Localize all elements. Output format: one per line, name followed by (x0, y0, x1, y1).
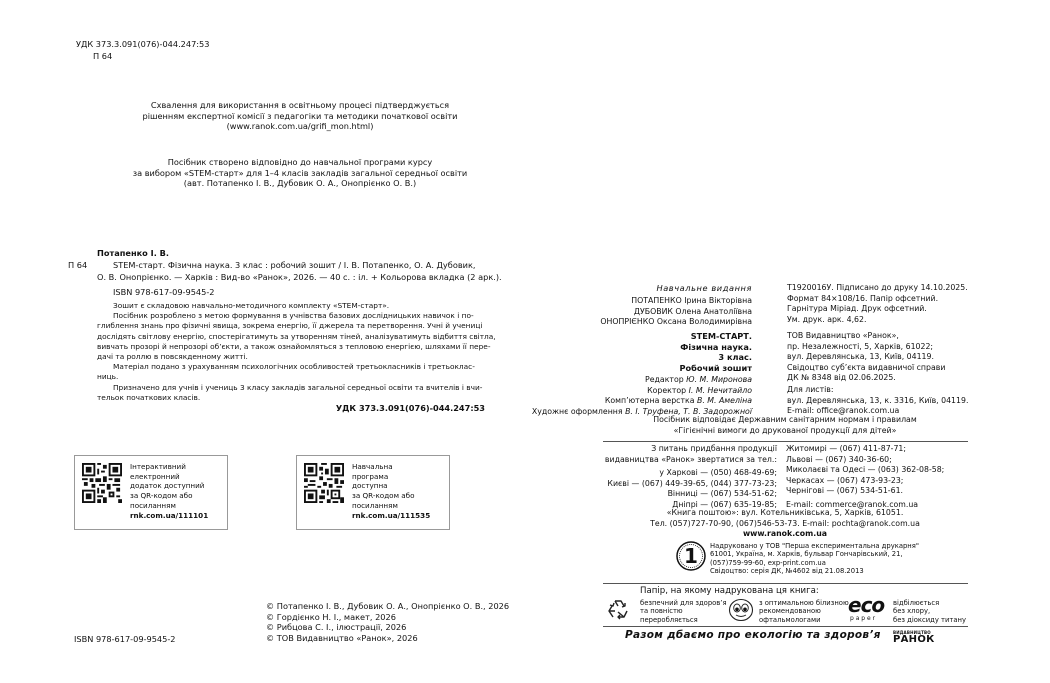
printer-info: Надруковано у ТОВ "Перша експериментальн… (710, 542, 919, 576)
program-note: Посібник створено відповідно до навчальн… (100, 157, 500, 189)
contacts-left: З питань придбання продукції видавництва… (590, 444, 777, 510)
ranok-logo: ВИДАВНИЦТВО РАНОК (893, 630, 935, 645)
copyright-line: © Рибцова С. І., ілюстрації, 2026 (266, 622, 509, 633)
qr-code-icon[interactable] (304, 463, 344, 503)
mail-order: «Книга поштою»: вул. Котельниківська, 5,… (597, 508, 973, 540)
divider (603, 583, 968, 584)
copyright-line: © Гордієнко Н. І., макет, 2026 (266, 612, 509, 623)
copyright-list: © Потапенко І. В., Дубовик О. А., Онопрі… (266, 601, 509, 643)
sanitary-note: Посібник відповідає Державним санітарним… (597, 415, 973, 436)
udk-code-top: УДК 373.3.091(076)-044.247:53 (76, 39, 209, 50)
contacts-right: Житомирі — (067) 411-87-71; Львові — (06… (786, 444, 944, 510)
catalog-title: STEM-старт. Фізична наука. 3 клас : робо… (113, 260, 476, 271)
approval-note: Схвалення для використання в освітньому … (100, 100, 500, 132)
paper-feature-whiteness: з оптимальною білизною, рекомендованою о… (759, 599, 851, 624)
copyright-line: © ТОВ Видавництво «Ранок», 2026 (266, 633, 509, 644)
paper-feature-bleaching: відбілюється без хлору, без діоксиду тит… (893, 599, 966, 624)
qr-caption-curriculum: Навчальна програма доступна за QR-кодом … (352, 462, 430, 520)
recycle-icon (605, 598, 631, 622)
website-link[interactable]: www.ranok.com.ua (597, 529, 973, 540)
catalog-code-top: П 64 (93, 51, 112, 62)
eco-slogan: Разом дбаємо про екологію та здоров’я (625, 629, 881, 642)
qr-code-icon[interactable] (82, 463, 122, 503)
qr-box-interactive-app: Інтерактивний електронний додаток доступ… (74, 455, 228, 530)
qr-caption-interactive: Інтерактивний електронний додаток доступ… (130, 462, 208, 520)
isbn-bottom: ISBN 978-617-09-9545-2 (74, 634, 176, 645)
paper-feature-safe: безпечний для здоров’я та повністю перер… (640, 599, 727, 624)
copyright-line: © Потапенко І. В., Дубовик О. А., Онопрі… (266, 601, 509, 612)
book-title: STEM-СТАРТ. Фізична наука. 3 клас. Робоч… (600, 331, 752, 373)
edition-type: Навчальне видання (600, 283, 752, 294)
qr-link-interactive[interactable]: rnk.com.ua/111101 (130, 511, 208, 521)
catalog-title-cont: О. В. Онопрієнко. — Харків : Вид-во «Ран… (97, 272, 502, 283)
letters-info: Для листів: вул. Деревлянська, 13, к. 33… (787, 385, 968, 417)
smiley-eyes-icon (728, 598, 754, 622)
catalog-annotation: Зошит є складовою навчально-методичного … (97, 301, 485, 403)
eco-paper-logo: eco p a p e r (848, 595, 888, 625)
authors-list: ПОТАПЕНКО Ірина Вікторівна ДУБОВИК Олена… (560, 296, 752, 328)
divider (603, 441, 968, 442)
divider (603, 626, 968, 627)
svg-text:1: 1 (684, 544, 698, 568)
catalog-isbn: ISBN 978-617-09-9545-2 (113, 287, 215, 298)
publisher-info: ТОВ Видавництво «Ранок», пр. Незалежност… (787, 331, 945, 384)
qr-link-curriculum[interactable]: rnk.com.ua/111535 (352, 511, 430, 521)
catalog-udk: УДК 373.3.091(076)-044.247:53 (320, 403, 485, 414)
catalog-author: Потапенко І. В. (97, 248, 169, 259)
qr-box-curriculum: Навчальна програма доступна за QR-кодом … (296, 455, 450, 530)
printer-logo-icon: 1 (676, 541, 706, 571)
paper-heading: Папір, на якому надрукована ця книга: (640, 586, 819, 597)
print-info: Т1920016У. Підписано до друку 14.10.2025… (787, 283, 968, 325)
catalog-code: П 64 (68, 260, 87, 271)
credits-list: Редактор Ю. М. Миронова Коректор І. М. Н… (520, 375, 752, 417)
